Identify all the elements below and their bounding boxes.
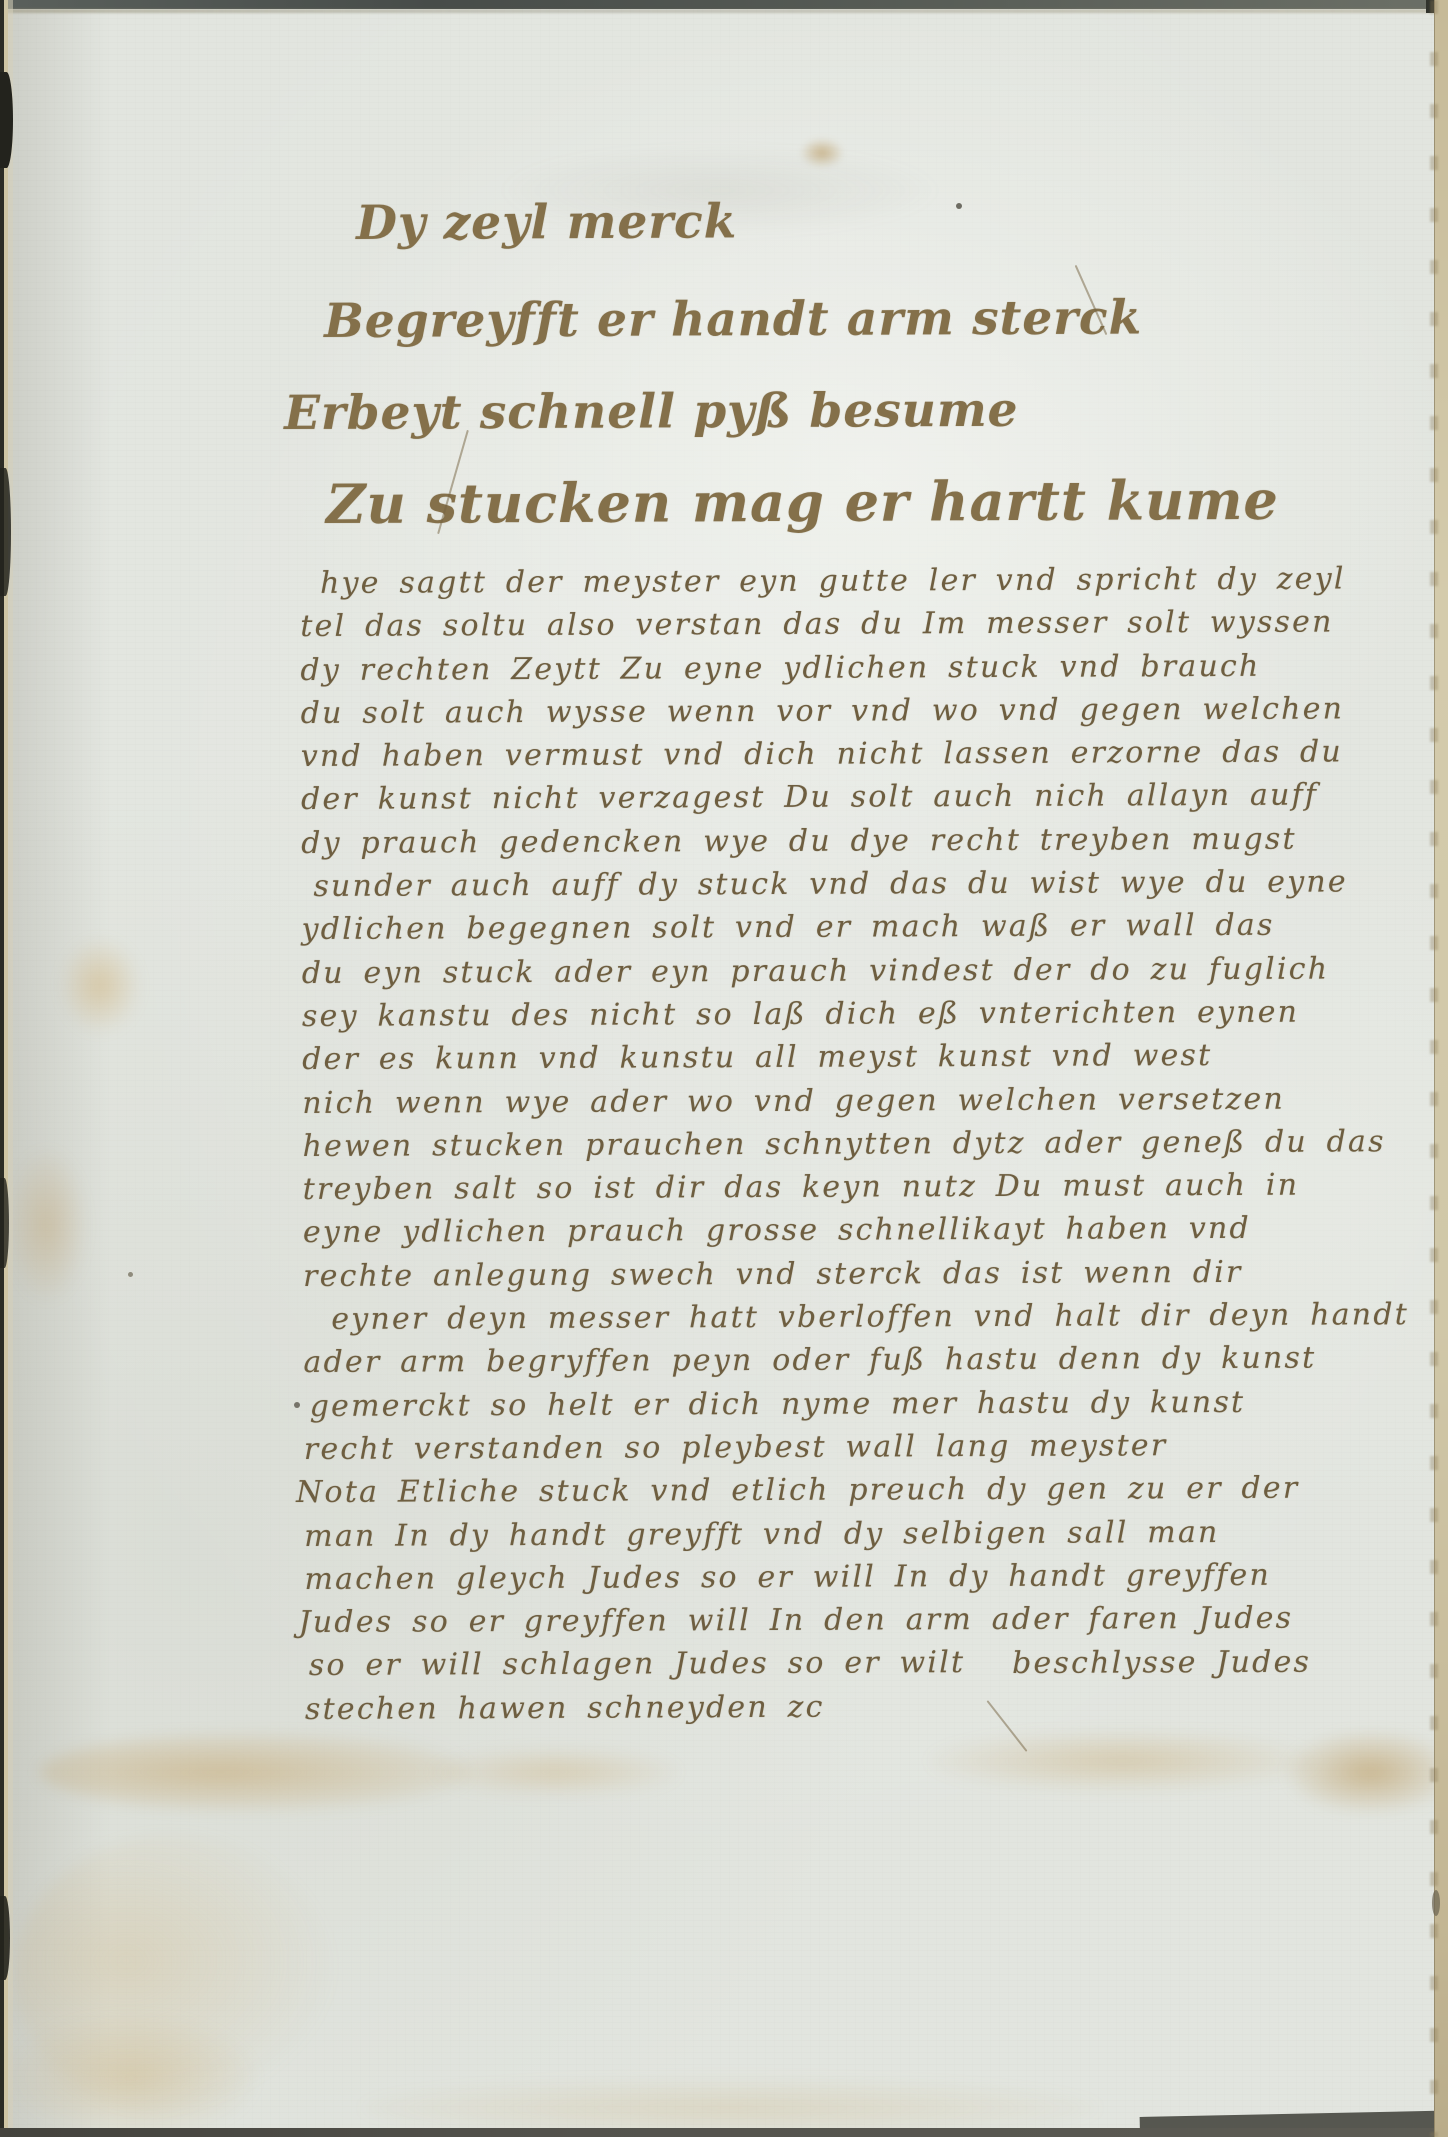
ink-speck: [956, 203, 962, 209]
manuscript-text-line: Judes so er greyffen will In den arm ade…: [299, 1596, 1411, 1644]
manuscript-text-line: hewen stucken prauchen schnytten dytz ad…: [302, 1120, 1408, 1168]
manuscript-text-line: nich wenn wye ader wo vnd gegen welchen …: [302, 1077, 1408, 1125]
ink-speck: [128, 1272, 133, 1277]
manuscript-text-line: Nota Etliche stuck vnd etlich preuch dy …: [296, 1466, 1410, 1514]
manuscript-text-line: rechte anlegung swech vnd sterck das ist…: [303, 1250, 1409, 1298]
deckle-edge-top: [0, 9, 1432, 13]
manuscript-text-line: eyne ydlichen prauch grosse schnellikayt…: [303, 1207, 1409, 1255]
manuscript-text-line: sunder auch auff dy stuck vnd das du wis…: [313, 860, 1407, 908]
stain-mark: [40, 1733, 470, 1811]
verse-line-3: Erbeyt schnell pyß besume: [284, 383, 1019, 441]
stain-mark: [430, 1748, 680, 1796]
manuscript-text-line: der kunst nicht verzagest Du solt auch n…: [301, 774, 1407, 822]
stain-mark: [928, 1730, 1318, 1792]
manuscript-text-line: man In dy handt greyfft vnd dy selbigen …: [304, 1510, 1410, 1558]
verse-line-2: Begreyfft er handt arm sterck: [324, 290, 1142, 349]
manuscript-text-line: stechen hawen schneyden zc: [305, 1683, 1411, 1731]
manuscript-text-line: ader arm begryffen peyn oder fuß hastu d…: [303, 1337, 1409, 1385]
manuscript-text-line: treyben salt so ist dir das keyn nutz Du…: [303, 1163, 1409, 1211]
deckle-notch: [0, 72, 13, 168]
fore-edge-notch: [1432, 1890, 1440, 1916]
manuscript-text-line: du solt auch wysse wenn vor vnd wo vnd g…: [301, 687, 1407, 735]
deckle-notch: [0, 1178, 9, 1268]
manuscript-text-line: gemerckt so helt er dich nyme mer hastu …: [310, 1380, 1410, 1428]
ink-speck: [294, 1402, 300, 1408]
manuscript-body: hye sagtt der meyster eyn gutte ler vnd …: [300, 557, 1411, 1731]
deckle-edge-right: [1430, 0, 1438, 2137]
page-edge-bottom: [0, 2128, 1448, 2137]
manuscript-text-line: dy rechten Zeytt Zu eyne ydlichen stuck …: [300, 644, 1406, 692]
deckle-notch: [0, 1896, 10, 1980]
manuscript-text-line: ydlichen begegnen solt vnd er mach waß e…: [302, 904, 1408, 952]
manuscript-text-line: hye sagtt der meyster eyn gutte ler vnd …: [320, 557, 1406, 605]
manuscript-text-line: recht verstanden so pleybest wall lang m…: [304, 1423, 1410, 1471]
manuscript-text-line: tel das soltu also verstan das du Im mes…: [300, 600, 1406, 648]
manuscript-text-line: der es kunn vnd kunstu all meyst kunst v…: [302, 1033, 1408, 1081]
manuscript-text-line: vnd haben vermust vnd dich nicht lassen …: [301, 730, 1407, 778]
manuscript-text-line: sey kanstu des nicht so laß dich eß vnte…: [302, 990, 1408, 1038]
manuscript-text-line: dy prauch gedencken wye du dye recht tre…: [301, 817, 1407, 865]
page-edge-top: [0, 0, 1432, 9]
manuscript-text-line: machen gleych Judes so er will In dy han…: [304, 1553, 1410, 1601]
manuscript-text-line: du eyn stuck ader eyn prauch vindest der…: [302, 947, 1408, 995]
verse-line-4: Zu stucken mag er hartt kume: [326, 468, 1279, 536]
offset-text-fragment: beschlysse Judes: [1012, 1645, 1311, 1681]
deckle-notch: [0, 468, 11, 596]
stain-mark: [60, 938, 140, 1033]
stain-mark: [6, 2015, 256, 2137]
manuscript-page: Dy zeyl merck Begreyfft er handt arm ste…: [0, 0, 1448, 2137]
verse-line-1: Dy zeyl merck: [356, 194, 737, 251]
manuscript-text-line: eyner deyn messer hatt vberloffen vnd ha…: [331, 1293, 1409, 1341]
stain-mark: [1288, 1732, 1448, 1812]
page-edge-left: [0, 0, 20, 2137]
